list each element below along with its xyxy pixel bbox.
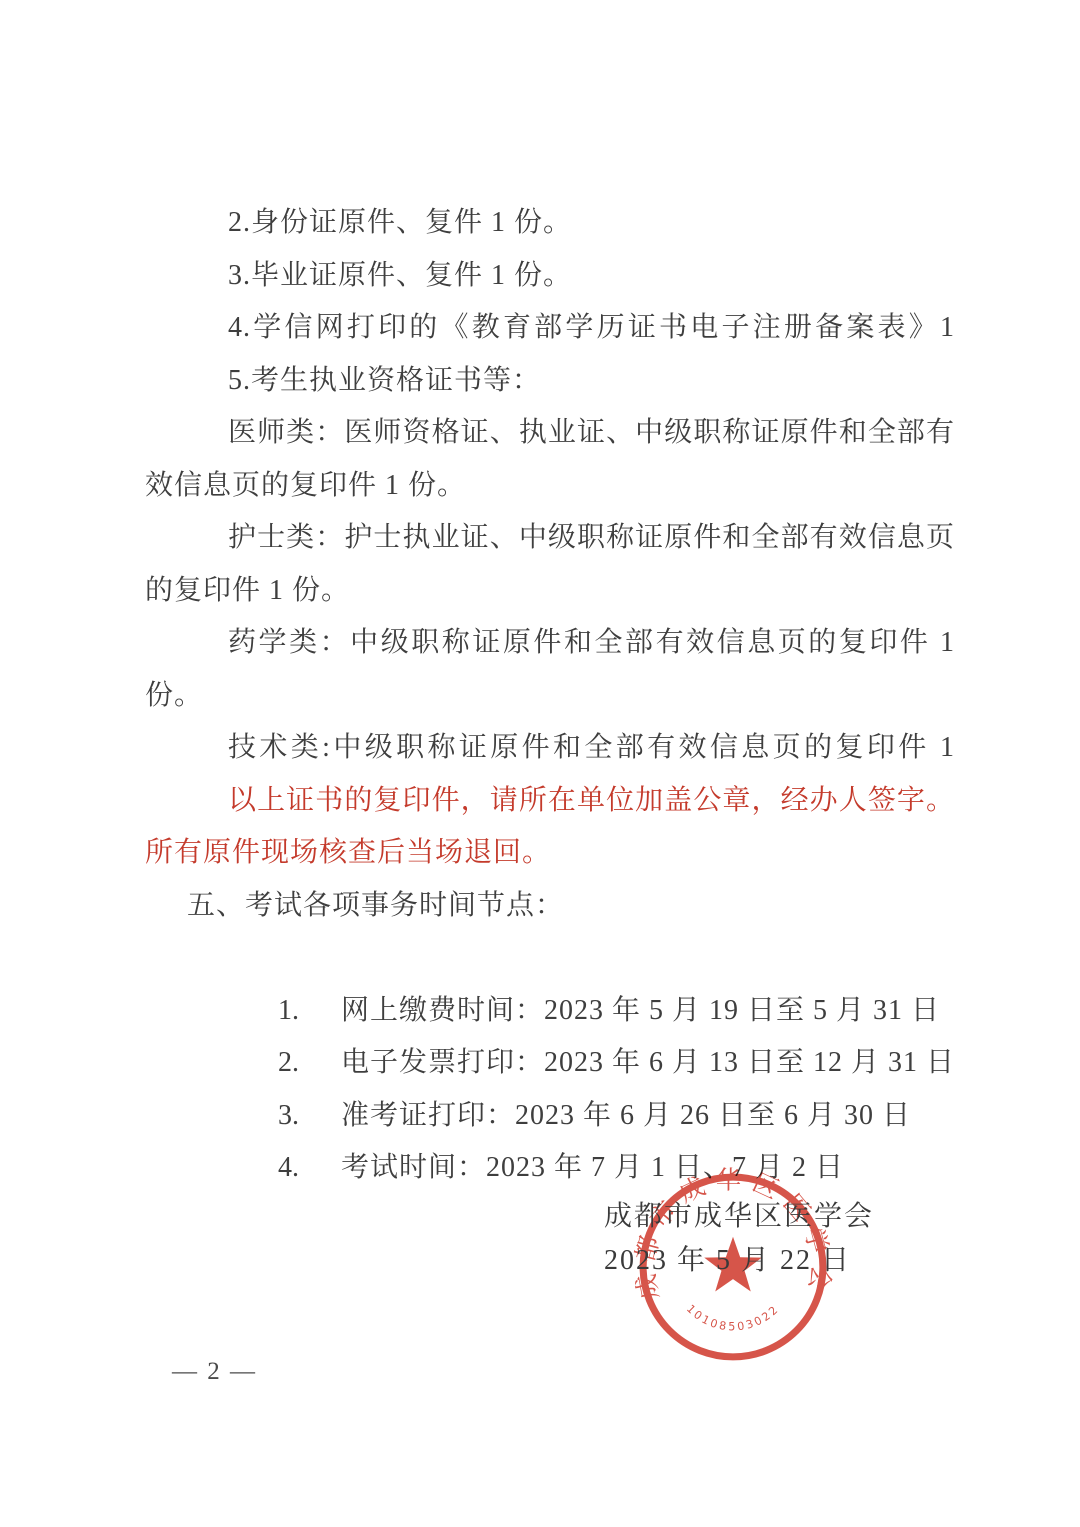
schedule-item-payment: 1.网上缴费时间：2023 年 5 月 19 日至 5 月 31 日: [145, 932, 955, 985]
schedule-item-number: 4.: [278, 1142, 341, 1195]
schedule-item-number: 1.: [278, 985, 341, 1038]
signature-date: 2023 年 5 月 22 日: [604, 1239, 874, 1283]
technician-category-line: 技术类:中级职称证原件和全部有效信息页的复印件 1 份。: [145, 722, 955, 775]
requirement-item-3: 3.毕业证原件、复件 1 份。: [145, 250, 955, 303]
pharmacy-category-line-1: 药学类：中级职称证原件和全部有效信息页的复印件 1: [145, 617, 955, 670]
doctor-category-line-2: 效信息页的复印件 1 份。: [145, 460, 955, 513]
requirement-item-4: 4.学信网打印的《教育部学历证书电子注册备案表》1 份。: [145, 302, 955, 355]
document-page: 2.身份证原件、复件 1 份。 3.毕业证原件、复件 1 份。 4.学信网打印的…: [0, 0, 1080, 1527]
signature-organization: 成都市成华区医学会: [604, 1195, 874, 1239]
nurse-category-line-1: 护士类：护士执业证、中级职称证原件和全部有效信息页: [145, 512, 955, 565]
pharmacy-category-line-2: 份。: [145, 670, 955, 723]
requirement-item-5: 5.考生执业资格证书等：: [145, 355, 955, 408]
red-notice-line-1: 以上证书的复印件，请所在单位加盖公章，经办人签字。: [145, 775, 955, 828]
schedule-item-number: 2.: [278, 1037, 341, 1090]
signature-block: 成都市成华区医学会 2023 年 5 月 22 日: [604, 1195, 874, 1283]
section-heading-five: 五、考试各项事务时间节点：: [145, 880, 955, 933]
red-notice-line-2: 所有原件现场核查后当场退回。: [145, 827, 955, 880]
page-number: — 2 —: [172, 1352, 257, 1392]
schedule-item-text: 准考证打印：2023 年 6 月 26 日至 6 月 30 日: [341, 1100, 911, 1131]
document-body: 2.身份证原件、复件 1 份。 3.毕业证原件、复件 1 份。 4.学信网打印的…: [145, 197, 955, 1142]
nurse-category-line-2: 的复印件 1 份。: [145, 565, 955, 618]
doctor-category-line-1: 医师类：医师资格证、执业证、中级职称证原件和全部有: [145, 407, 955, 460]
requirement-item-2: 2.身份证原件、复件 1 份。: [145, 197, 955, 250]
schedule-item-text: 电子发票打印：2023 年 6 月 13 日至 12 月 31 日: [341, 1047, 955, 1078]
schedule-item-text: 网上缴费时间：2023 年 5 月 19 日至 5 月 31 日: [341, 995, 940, 1026]
schedule-item-number: 3.: [278, 1090, 341, 1143]
